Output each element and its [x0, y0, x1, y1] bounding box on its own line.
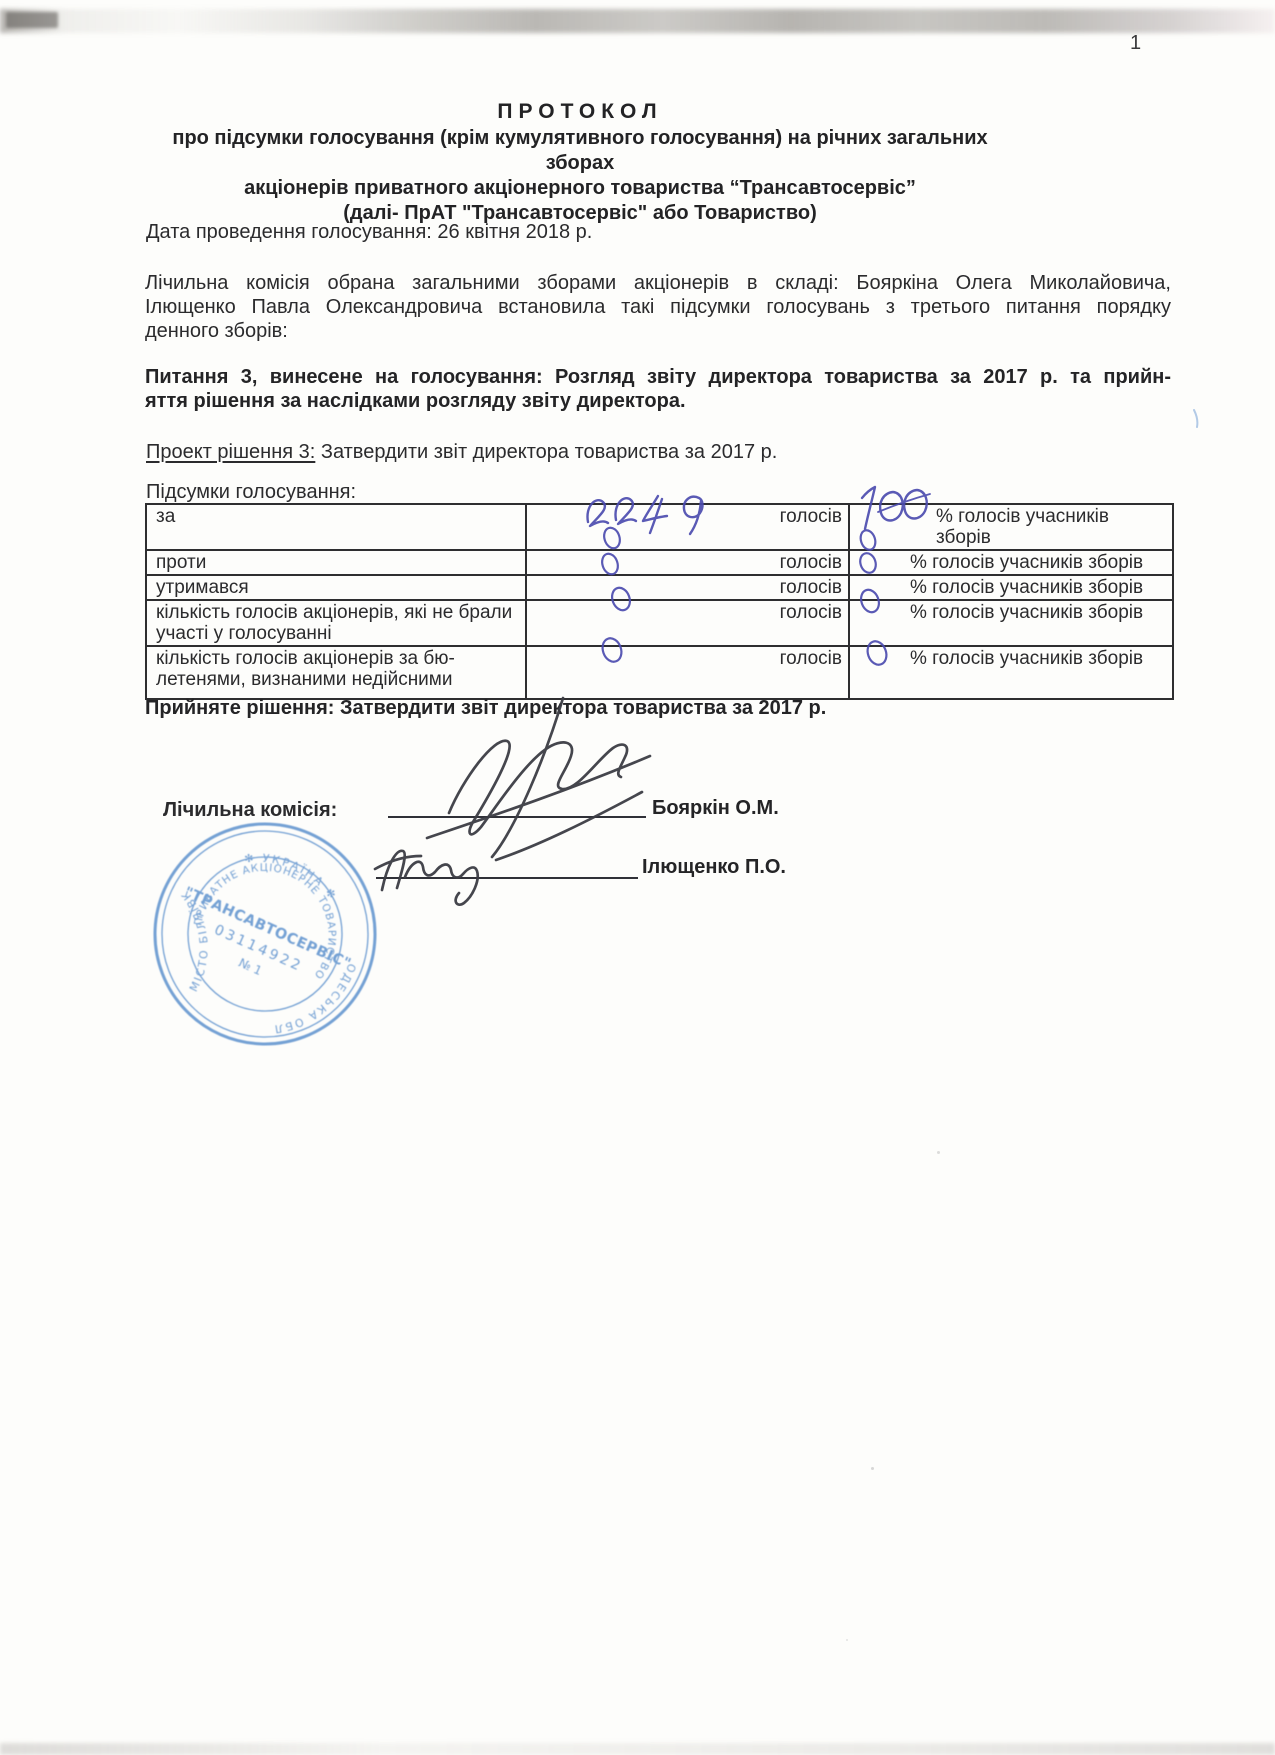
scan-speck [937, 1151, 940, 1154]
scan-speck [871, 1467, 874, 1470]
voting-results-table: за голосів % голосів учасників зборів пр… [145, 503, 1174, 700]
percent-unit: % голосів учасників зборів [856, 602, 1143, 623]
document-subtitle-line2: акціонерів приватного акціонерного товар… [145, 176, 1015, 201]
scanned-protocol-page: 1 ПРОТОКОЛ про підсумки голосування (крі… [0, 0, 1275, 1755]
commission-paragraph-line3: денного зборів: [145, 319, 1171, 343]
commission-paragraph-line1: Лічильна комісія обрана загальними збора… [145, 271, 1171, 295]
votes-unit: голосів [526, 646, 849, 699]
table-row-za: за голосів % голосів учасників зборів [146, 504, 1173, 550]
draft-decision-label: Проект рішення 3: [146, 441, 315, 463]
percent-unit: % голосів учасників зборів [856, 506, 1166, 548]
question-paragraph: Питання 3, винесене на голосування: Розг… [145, 365, 1171, 413]
votes-unit: голосів [526, 600, 849, 646]
stamp-inner-ring: ПРИВАТНЕ АКЦІОНЕРНЕ ТОВАРИСТВО [190, 838, 361, 982]
stamp-outer-left: МІСТО БІЛЯЇВКА [147, 816, 284, 994]
scan-noise-top [0, 9, 1275, 33]
signature-line-2 [376, 877, 638, 879]
draft-decision-line: Проект рішення 3: Затвердити звіт директ… [146, 440, 777, 464]
percent-cell: % голосів учасників зборів [849, 550, 1173, 575]
table-row-proty: проти голосів % голосів учасників зборів [146, 550, 1173, 575]
percent-cell: % голосів учасників зборів [849, 646, 1173, 699]
draft-decision-text: Затвердити звіт директора товариства за … [315, 441, 777, 463]
percent-cell: % голосів учасників зборів [849, 575, 1173, 600]
scan-speck [846, 1639, 848, 1641]
stamp-company-name: "ТРАНСАВТОСЕРВІС" [182, 884, 354, 972]
percent-unit: % голосів учасників зборів [856, 577, 1143, 598]
row-label: за [146, 504, 526, 550]
stamp-edrpou-code: 03114922 [212, 922, 306, 975]
votes-unit: голосів [526, 575, 849, 600]
stamp-number: № 1 [237, 956, 265, 979]
adopted-decision-line: Прийняте рішення: Затвердити звіт директ… [145, 697, 826, 720]
results-label: Підсумки голосування: [146, 480, 356, 504]
document-subtitle-line1: про підсумки голосування (крім кумулятив… [145, 126, 1015, 176]
question-paragraph-line1: Питання 3, винесене на голосування: Розг… [145, 365, 1171, 389]
percent-unit: % голосів учасників зборів [856, 648, 1143, 669]
table-row-invalid-ballots: кількість голосів акціонерів за бю-летен… [146, 646, 1173, 699]
signature-boiarkin [427, 698, 650, 860]
row-label: проти [146, 550, 526, 575]
commission-paragraph-line2: Ілющенко Павла Олександровича встановила… [145, 295, 1171, 319]
table-row-utrymavsia: утримався голосів % голосів учасників зб… [146, 575, 1173, 600]
company-stamp: ✻ УКРАЇНА ✻ МІСТО БІЛЯЇВКА ОДЕСЬКА ОБЛАС… [147, 816, 383, 1052]
document-heading: ПРОТОКОЛ про підсумки голосування (крім … [145, 100, 1015, 226]
commission-paragraph: Лічильна комісія обрана загальними збора… [145, 271, 1171, 343]
document-title: ПРОТОКОЛ [145, 100, 1015, 124]
row-label: кількість голосів акціонерів за бю-летен… [146, 646, 526, 699]
percent-unit: % голосів учасників зборів [856, 552, 1143, 573]
table-row-not-voted: кількість голосів акціонерів, які не бра… [146, 600, 1173, 646]
votes-unit: голосів [526, 504, 849, 550]
page-number: 1 [1130, 32, 1141, 55]
signature-line-1 [388, 816, 646, 818]
question-paragraph-line2: яття рішення за наслідками розгляду звіт… [145, 389, 1171, 413]
row-label: кількість голосів акціонерів, які не бра… [146, 600, 526, 646]
stamp-outer-right: ОДЕСЬКА ОБЛАСТЬ [147, 816, 383, 1052]
signer-name-1: Бояркін О.М. [652, 797, 779, 820]
stray-blue-mark [1194, 410, 1197, 427]
scan-noise-blotch [6, 12, 58, 28]
commission-signature-label: Лічильна комісія: [163, 799, 337, 822]
signer-name-2: Ілющенко П.О. [642, 856, 786, 879]
percent-cell: % голосів учасників зборів [849, 504, 1173, 550]
voting-date-line: Дата проведення голосування: 26 квітня 2… [146, 220, 592, 244]
votes-unit: голосів [526, 550, 849, 575]
percent-cell: % голосів учасників зборів [849, 600, 1173, 646]
scan-noise-bottom [0, 1743, 1275, 1755]
stamp-outer-top: ✻ УКРАЇНА ✻ [239, 839, 346, 906]
row-label: утримався [146, 575, 526, 600]
